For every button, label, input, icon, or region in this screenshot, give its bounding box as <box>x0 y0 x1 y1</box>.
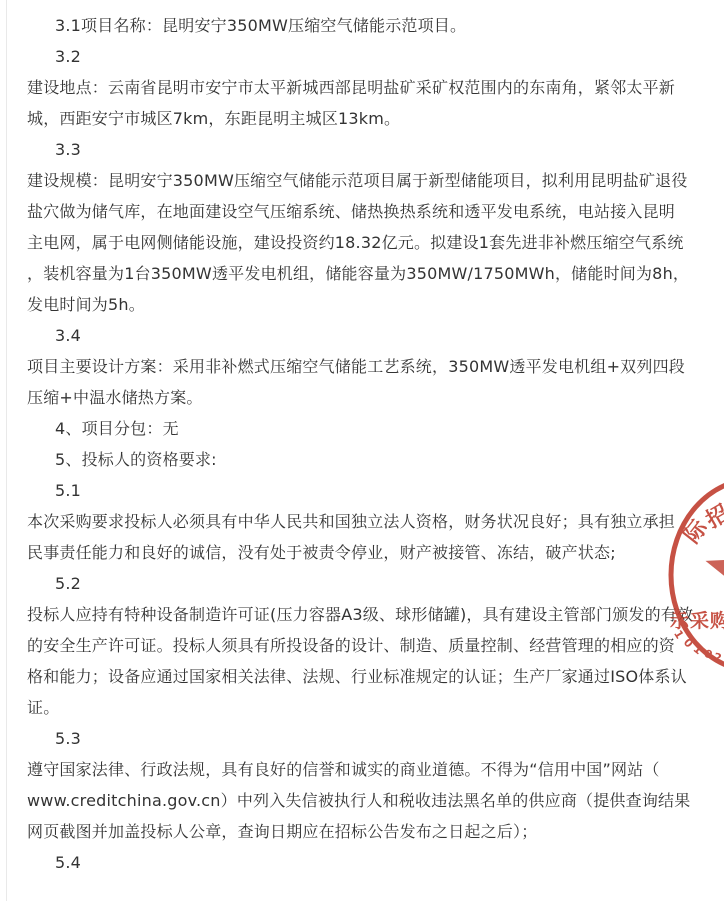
text-line-text: 压缩+中温水储热方案。 <box>27 388 203 407</box>
text-line-text: 证。 <box>27 698 59 717</box>
text-line: www.creditchina.gov.cn）中列入失信被执行人和税收违法黑名单… <box>27 785 697 816</box>
text-line-text: 3.2 <box>55 47 81 66</box>
text-line: 5.2 <box>27 568 697 599</box>
text-line-text: 城，西距安宁市城区7km，东距昆明主城区13km。 <box>27 109 400 128</box>
text-line: 城，西距安宁市城区7km，东距昆明主城区13km。 <box>27 103 697 134</box>
text-line: 的安全生产许可证。投标人须具有所投设备的设计、制造、质量控制、经营管理的相应的资 <box>27 630 697 661</box>
text-line-text: ，装机容量为1台350MW透平发电机组，储能容量为350MW/1750MWh，储… <box>27 264 689 283</box>
text-line: 建设地点：云南省昆明市安宁市太平新城西部昆明盐矿采矿权范围内的东南角，紧邻太平新 <box>27 72 697 103</box>
text-line: 3.3 <box>27 134 697 165</box>
text-line-text: 遵守国家法律、行政法规，具有良好的信誉和诚实的商业道德。不得为“信用中国”网站（ <box>27 760 660 779</box>
text-line: 3.4 <box>27 320 697 351</box>
text-line-text: 5.3 <box>55 729 81 748</box>
page-left-border <box>6 0 7 901</box>
text-line-text: 建设地点：云南省昆明市安宁市太平新城西部昆明盐矿采矿权范围内的东南角，紧邻太平新 <box>27 78 675 97</box>
text-line-text: 4、项目分包：无 <box>55 419 179 438</box>
text-line: 网页截图并加盖投标人公章，查询日期应在招标公告发布之日起之后）； <box>27 816 697 847</box>
text-line: 本次采购要求投标人必须具有中华人民共和国独立法人资格，财务状况良好；具有独立承担 <box>27 506 697 537</box>
text-line: 建设规模：昆明安宁350MW压缩空气储能示范项目属于新型储能项目，拟利用昆明盐矿… <box>27 165 697 196</box>
text-line-text: 民事责任能力和良好的诚信，没有处于被责令停业，财产被接管、冻结，破产状态; <box>27 543 616 562</box>
text-line: 3.2 <box>27 41 697 72</box>
text-line-text: 3.3 <box>55 140 81 159</box>
text-line-text: 主电网，属于电网侧储能设施，建设投资约18.32亿元。拟建设1套先进非补燃压缩空… <box>27 233 684 252</box>
text-line: 主电网，属于电网侧储能设施，建设投资约18.32亿元。拟建设1套先进非补燃压缩空… <box>27 227 697 258</box>
text-line: ，装机容量为1台350MW透平发电机组，储能容量为350MW/1750MWh，储… <box>27 258 697 289</box>
text-line: 遵守国家法律、行政法规，具有良好的信誉和诚实的商业道德。不得为“信用中国”网站（ <box>27 754 697 785</box>
text-line-text: 发电时间为5h。 <box>27 295 145 314</box>
text-line-text: 5、投标人的资格要求: <box>55 450 217 469</box>
text-line-text: 投标人应持有特种设备制造许可证(压力容器A3级、球形储罐)，具有建设主管部门颁发… <box>27 605 693 624</box>
text-line-text: 3.4 <box>55 326 81 345</box>
text-line-text: 的安全生产许可证。投标人须具有所投设备的设计、制造、质量控制、经营管理的相应的资 <box>27 636 675 655</box>
text-line: 民事责任能力和良好的诚信，没有处于被责令停业，财产被接管、冻结，破产状态; <box>27 537 697 568</box>
text-line: 5、投标人的资格要求: <box>27 444 697 475</box>
document-page: { "page": { "background_color": "#ffffff… <box>0 0 724 901</box>
text-line: 格和能力；设备应通过国家相关法律、法规、行业标准规定的认证；生产厂家通过ISO体… <box>27 661 697 692</box>
text-line: 5.4 <box>27 847 697 878</box>
seal-ring-char-2: 招 <box>701 500 724 534</box>
text-line-text: 5.2 <box>55 574 81 593</box>
document-content: 3.1项目名称：昆明安宁350MW压缩空气储能示范项目。3.2建设地点：云南省昆… <box>27 10 697 878</box>
text-line-text: www.creditchina.gov.cn）中列入失信被执行人和税收违法黑名单… <box>27 791 690 810</box>
text-line: 证。 <box>27 692 697 723</box>
star-icon <box>706 525 724 619</box>
seal-serial-digit-4: 0 <box>702 647 715 662</box>
text-line: 压缩+中温水储热方案。 <box>27 382 697 413</box>
text-line-text: 5.4 <box>55 853 81 872</box>
text-line-text: 格和能力；设备应通过国家相关法律、法规、行业标准规定的认证；生产厂家通过ISO体… <box>27 667 687 686</box>
seal-serial-digit-5: 2 <box>712 650 723 665</box>
text-line-text: 5.1 <box>55 481 81 500</box>
text-line: 盐穴做为储气库，在地面建设空气压缩系统、储热换热系统和透平发电系统，电站接入昆明 <box>27 196 697 227</box>
text-line-text: 建设规模：昆明安宁350MW压缩空气储能示范项目属于新型储能项目，拟利用昆明盐矿… <box>27 171 688 190</box>
text-line-text: 盐穴做为储气库，在地面建设空气压缩系统、储热换热系统和透平发电系统，电站接入昆明 <box>27 202 675 221</box>
text-line: 项目主要设计方案：采用非补燃式压缩空气储能工艺系统，350MW透平发电机组+双列… <box>27 351 697 382</box>
text-line-text: 本次采购要求投标人必须具有中华人民共和国独立法人资格，财务状况良好；具有独立承担 <box>27 512 675 531</box>
text-line-text: 网页截图并加盖投标人公章，查询日期应在招标公告发布之日起之后）； <box>27 822 537 841</box>
text-line: 4、项目分包：无 <box>27 413 697 444</box>
text-line: 投标人应持有特种设备制造许可证(压力容器A3级、球形储罐)，具有建设主管部门颁发… <box>27 599 697 630</box>
text-line: 3.1项目名称：昆明安宁350MW压缩空气储能示范项目。 <box>27 10 697 41</box>
text-line: 5.3 <box>27 723 697 754</box>
text-line: 发电时间为5h。 <box>27 289 697 320</box>
text-line: 5.1 <box>27 475 697 506</box>
text-line-text: 3.1项目名称：昆明安宁350MW压缩空气储能示范项目。 <box>55 16 466 35</box>
text-line-text: 项目主要设计方案：采用非补燃式压缩空气储能工艺系统，350MW透平发电机组+双列… <box>27 357 685 376</box>
